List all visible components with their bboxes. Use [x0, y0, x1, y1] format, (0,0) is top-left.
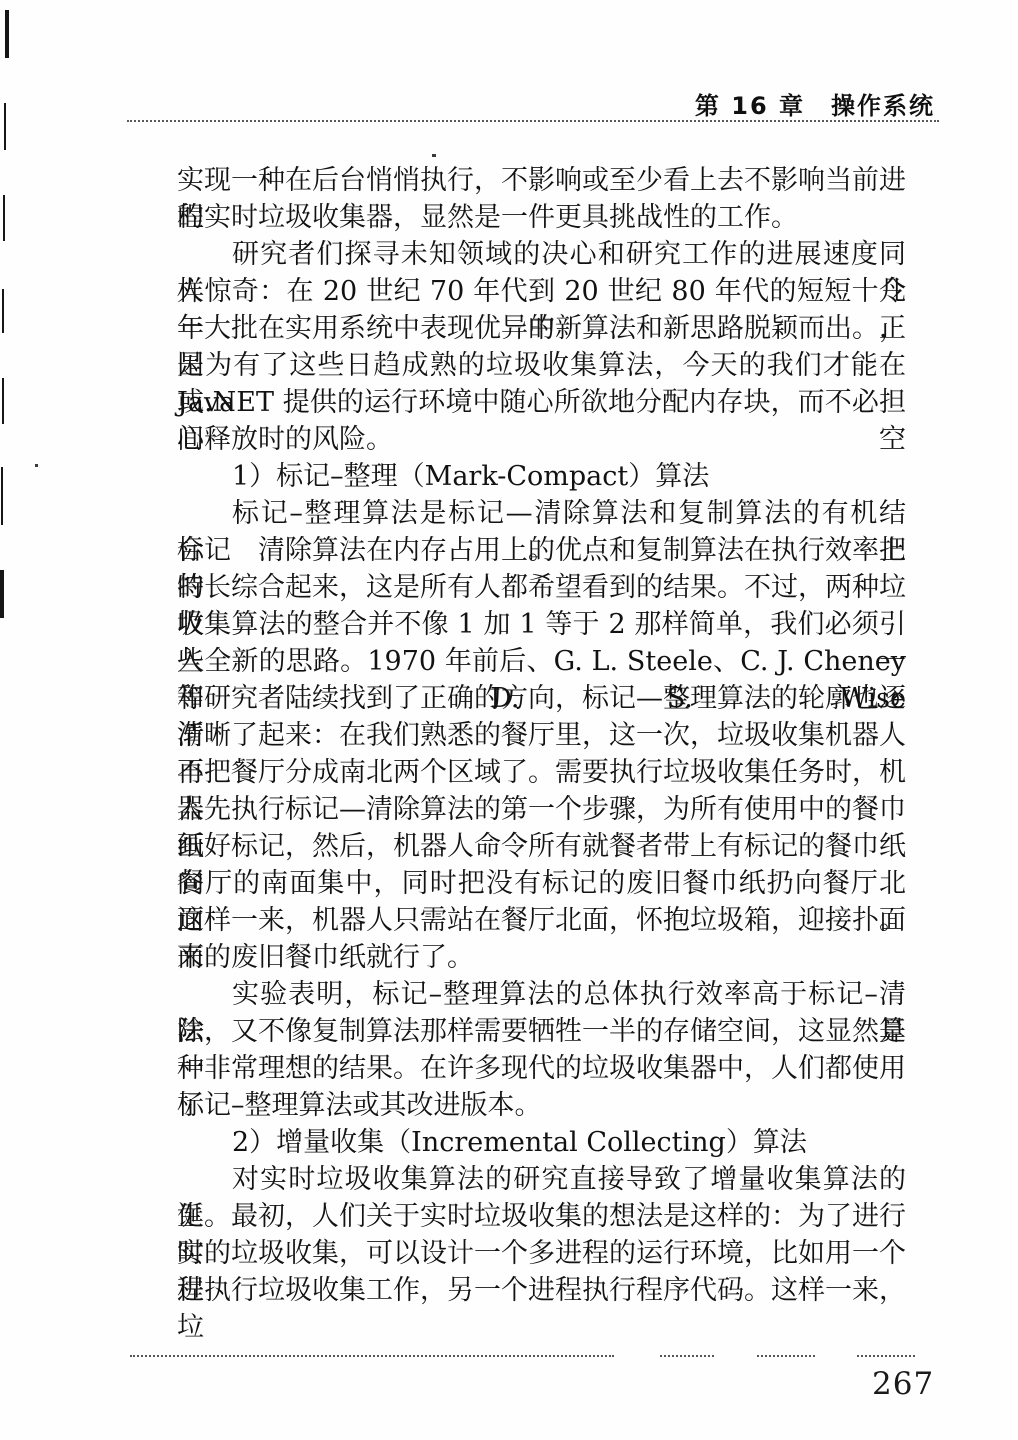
page-number: 267 — [872, 1366, 934, 1402]
text-line: 人先执行标记—清除算法的第一个步骤，为所有使用中的餐巾纸 — [177, 791, 906, 828]
scan-artifact-speck — [432, 154, 436, 157]
text-line: 时的垃圾收集，可以设计一个多进程的运行环境，比如用一个进 — [177, 1235, 906, 1272]
text-line: 法，又不像复制算法那样需要牺牲一半的存储空间，这显然是一 — [177, 1013, 906, 1050]
text-line: 或.NET 提供的运行环境中随心所欲地分配内存块，而不必担心空 — [177, 384, 906, 421]
text-line: 因为有了这些日趋成熟的垃圾收集算法，今天的我们才能在 Java — [177, 347, 906, 384]
scan-artifact-line — [5, 10, 9, 58]
text-line: 画好标记，然后，机器人命令所有就餐者带上有标记的餐巾纸向 — [177, 828, 906, 865]
scan-artifact-speck — [35, 464, 38, 467]
text-line: 人惊奇：在 20 世纪 70 年代到 20 世纪 80 年代的短短十几年中， — [177, 273, 906, 310]
text-line: 些全新的思路。1970 年前后、G. L. Steele、C. J. Chene… — [177, 643, 906, 680]
text-line: 对实时垃圾收集算法的研究直接导致了增量收集算法的诞 — [177, 1161, 906, 1198]
text-line: 1）标记–整理（Mark-Compact）算法 — [177, 458, 906, 495]
scanned-book-page: 第 16 章 操作系统 实现一种在后台悄悄执行，不影响或至少看上去不影响当前进程… — [0, 0, 1018, 1440]
chapter-header: 第 16 章 操作系统 — [695, 86, 935, 121]
text-line: 标记–整理算法是标记—清除算法和复制算法的有机结合。把 — [177, 495, 906, 532]
footer-dotted-rule — [857, 1355, 915, 1357]
text-line: 实验表明，标记–整理算法的总体执行效率高于标记–清除算 — [177, 976, 906, 1013]
text-line: 一大批在实用系统中表现优异的新算法和新思路脱颖而出。正是 — [177, 310, 906, 347]
header-dotted-rule — [127, 120, 939, 122]
text-line: 这样一来，机器人只需站在餐厅北面，怀抱垃圾箱，迎接扑面而 — [177, 902, 906, 939]
scan-artifact-line — [2, 289, 4, 333]
text-line: 来的废旧餐巾纸就行了。 — [177, 939, 906, 976]
text-line: 研究者们探寻未知领域的决心和研究工作的进展速度同样令 — [177, 236, 906, 273]
text-line: 特长综合起来，这是所有人都希望看到的结果。不过，两种垃圾 — [177, 569, 906, 606]
text-line: 2）增量收集（Incremental Collecting）算法 — [177, 1124, 906, 1161]
footer-dotted-rule — [757, 1355, 815, 1357]
text-line: 标记–整理算法或其改进版本。 — [177, 1087, 906, 1124]
scan-artifact-line — [0, 570, 4, 618]
text-line: 清晰了起来：在我们熟悉的餐厅里，这一次，垃圾收集机器人不 — [177, 717, 906, 754]
text-block: 实现一种在后台悄悄执行，不影响或至少看上去不影响当前进程的实时垃圾收集器，显然是… — [177, 162, 906, 1309]
scan-artifact-line — [4, 103, 6, 150]
text-line: 程执行垃圾收集工作，另一个进程执行程序代码。这样一来，垃 — [177, 1272, 906, 1309]
text-line: 餐厅的南面集中，同时把没有标记的废旧餐巾纸扔向餐厅北面。 — [177, 865, 906, 902]
scan-artifact-line — [1, 467, 3, 525]
text-line: 收集算法的整合并不像 1 加 1 等于 2 那样简单，我们必须引入一 — [177, 606, 906, 643]
text-line: 标记 清除算法在内存占用上的优点和复制算法在执行效率上的 — [177, 532, 906, 569]
footer-dotted-rule — [130, 1355, 614, 1357]
text-line: 生。最初，人们关于实时垃圾收集的想法是这样的：为了进行实 — [177, 1198, 906, 1235]
text-line: 种非常理想的结果。在许多现代的垃圾收集器中，人们都使用了 — [177, 1050, 906, 1087]
text-line: 的实时垃圾收集器，显然是一件更具挑战性的工作。 — [177, 199, 906, 236]
scan-artifact-line — [3, 195, 5, 241]
text-line: 再把餐厅分成南北两个区域了。需要执行垃圾收集任务时，机器 — [177, 754, 906, 791]
text-line: 等研究者陆续找到了正确的方向，标记—整理算法的轮廓也逐渐 — [177, 680, 906, 717]
scan-artifact-line — [2, 378, 4, 424]
text-line: 实现一种在后台悄悄执行，不影响或至少看上去不影响当前进程 — [177, 162, 906, 199]
footer-dotted-rule — [660, 1355, 714, 1357]
